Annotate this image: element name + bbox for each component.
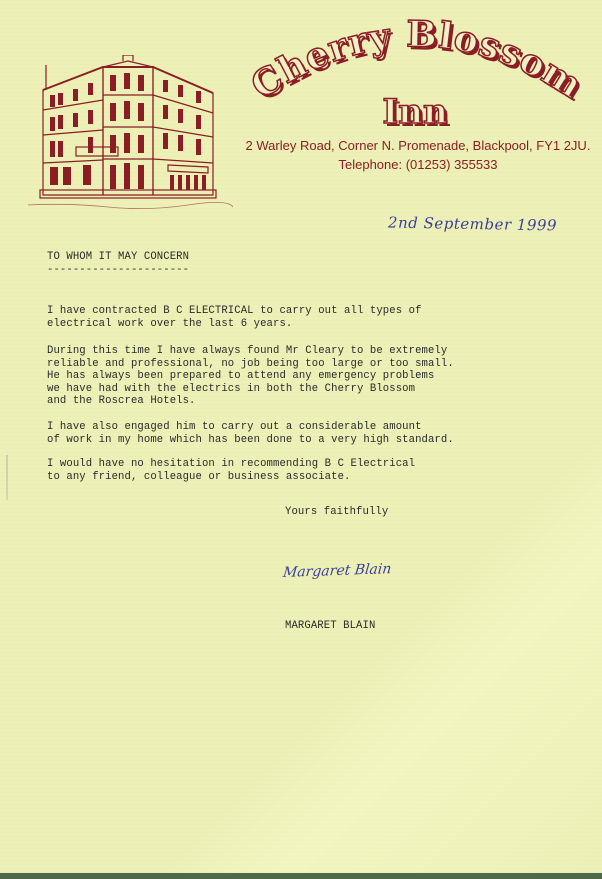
letterhead-address-block: 2 Warley Road, Corner N. Promenade, Blac…	[234, 136, 602, 174]
handwritten-date: 2nd September 1999	[388, 214, 557, 235]
salutation: TO WHOM IT MAY CONCERN	[47, 251, 189, 264]
svg-text:Inn: Inn	[382, 92, 447, 130]
body-paragraph-3: I have also engaged him to carry out a c…	[47, 421, 454, 446]
body-paragraph-4: I would have no hesitation in recommendi…	[47, 458, 415, 483]
body-paragraph-1: I have contracted B C ELECTRICAL to carr…	[47, 305, 422, 330]
signer-name: MARGARET BLAIN	[285, 620, 375, 633]
scan-bottom-edge	[0, 873, 602, 879]
handwritten-signature: Margaret Blain	[282, 561, 392, 581]
body-paragraph-2: During this time I have always found Mr …	[47, 345, 454, 408]
inn-name-logo: Cherry Blossom Cherry Blossom Inn Inn	[232, 0, 602, 130]
staple-mark	[6, 455, 8, 500]
hotel-building-illustration	[28, 55, 233, 220]
salutation-underline: ----------------------	[47, 264, 189, 277]
closing: Yours faithfully	[285, 506, 388, 519]
letter-page: Cherry Blossom Cherry Blossom Inn Inn 2 …	[0, 0, 602, 873]
hotel-telephone: Telephone: (01253) 355533	[234, 155, 602, 174]
hotel-address: 2 Warley Road, Corner N. Promenade, Blac…	[234, 136, 602, 155]
